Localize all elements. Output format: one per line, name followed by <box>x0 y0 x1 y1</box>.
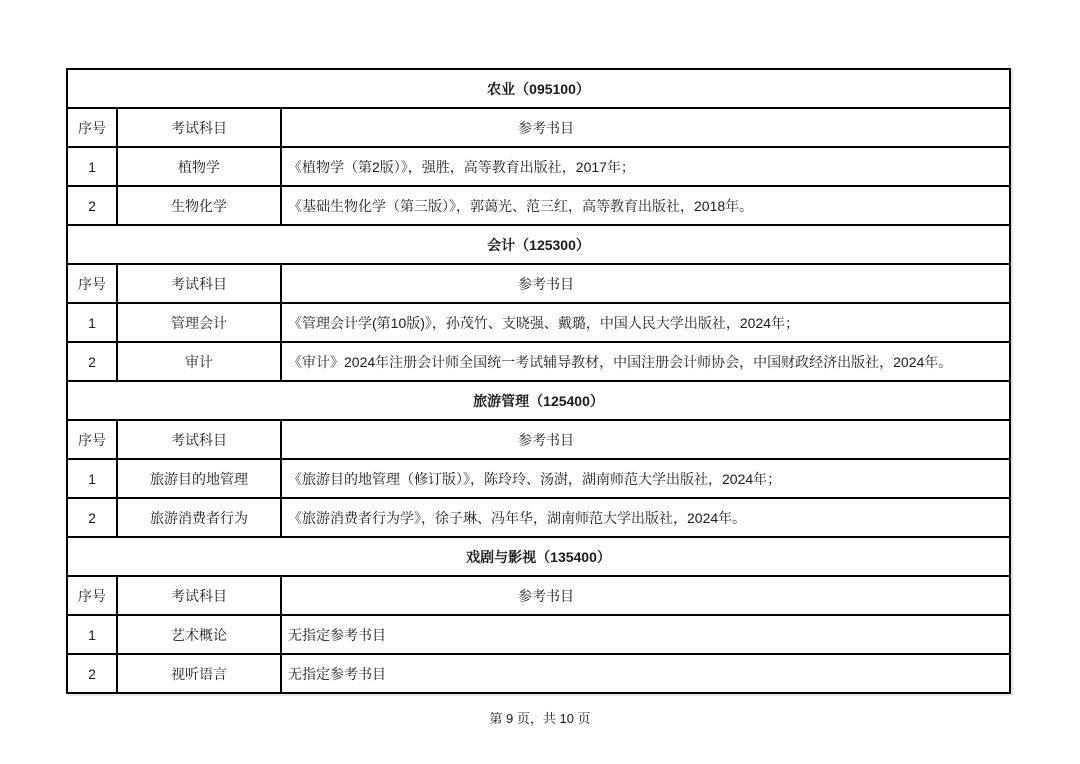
col-header-reference-books: 参考书目 <box>281 108 1010 147</box>
page-number-footer: 第 9 页，共 10 页 <box>0 708 1080 727</box>
table-row: 1植物学《植物学（第2版）》，强胜，高等教育出版社，2017年； <box>67 147 1010 186</box>
column-header-row: 序号考试科目参考书目 <box>67 108 1010 147</box>
col-header-exam-subject: 考试科目 <box>117 264 281 303</box>
reference-books-cell: 无指定参考书目 <box>281 615 1010 654</box>
col-header-exam-subject: 考试科目 <box>117 576 281 615</box>
reference-books-cell: 《旅游目的地管理（修订版）》，陈玲玲、汤澍，湖南师范大学出版社，2024年； <box>281 459 1010 498</box>
table-row: 1旅游目的地管理《旅游目的地管理（修订版）》，陈玲玲、汤澍，湖南师范大学出版社，… <box>67 459 1010 498</box>
table-row: 1管理会计《管理会计学(第10版)》，孙茂竹、支晓强、戴璐，中国人民大学出版社，… <box>67 303 1010 342</box>
col-header-number: 序号 <box>67 576 117 615</box>
exam-subject-cell: 审计 <box>117 342 281 381</box>
row-number-cell: 2 <box>67 498 117 537</box>
exam-subject-cell: 艺术概论 <box>117 615 281 654</box>
reference-books-cell: 《基础生物化学（第三版）》，郭蔼光、范三红，高等教育出版社，2018年。 <box>281 186 1010 225</box>
row-number-cell: 1 <box>67 147 117 186</box>
column-header-row: 序号考试科目参考书目 <box>67 576 1010 615</box>
column-header-row: 序号考试科目参考书目 <box>67 264 1010 303</box>
col-header-reference-books: 参考书目 <box>281 420 1010 459</box>
exam-subject-cell: 视听语言 <box>117 654 281 693</box>
col-header-exam-subject: 考试科目 <box>117 420 281 459</box>
row-number-cell: 1 <box>67 615 117 654</box>
section-title-row: 旅游管理（125400） <box>67 381 1010 420</box>
section-title-row: 戏剧与影视（135400） <box>67 537 1010 576</box>
row-number-cell: 2 <box>67 342 117 381</box>
table-row: 2审计《审计》2024年注册会计师全国统一考试辅导教材，中国注册会计师协会，中国… <box>67 342 1010 381</box>
col-header-exam-subject: 考试科目 <box>117 108 281 147</box>
row-number-cell: 2 <box>67 186 117 225</box>
reference-books-cell: 《审计》2024年注册会计师全国统一考试辅导教材，中国注册会计师协会，中国财政经… <box>281 342 1010 381</box>
col-header-number: 序号 <box>67 264 117 303</box>
section-title: 旅游管理（125400） <box>67 381 1010 420</box>
table-row: 2旅游消费者行为《旅游消费者行为学》，徐子琳、冯年华，湖南师范大学出版社，202… <box>67 498 1010 537</box>
section-title: 戏剧与影视（135400） <box>67 537 1010 576</box>
reference-books-table-body: 农业（095100）序号考试科目参考书目1植物学《植物学（第2版）》，强胜，高等… <box>67 69 1010 693</box>
table-row: 1艺术概论无指定参考书目 <box>67 615 1010 654</box>
table-row: 2视听语言无指定参考书目 <box>67 654 1010 693</box>
section-title-row: 农业（095100） <box>67 69 1010 108</box>
table-row: 2生物化学《基础生物化学（第三版）》，郭蔼光、范三红，高等教育出版社，2018年… <box>67 186 1010 225</box>
col-header-number: 序号 <box>67 420 117 459</box>
exam-subject-cell: 管理会计 <box>117 303 281 342</box>
reference-books-cell: 《管理会计学(第10版)》，孙茂竹、支晓强、戴璐，中国人民大学出版社，2024年… <box>281 303 1010 342</box>
exam-subject-cell: 旅游目的地管理 <box>117 459 281 498</box>
column-header-row: 序号考试科目参考书目 <box>67 420 1010 459</box>
col-header-reference-books: 参考书目 <box>281 264 1010 303</box>
section-title-row: 会计（125300） <box>67 225 1010 264</box>
reference-books-cell: 《旅游消费者行为学》，徐子琳、冯年华，湖南师范大学出版社，2024年。 <box>281 498 1010 537</box>
reference-books-cell: 无指定参考书目 <box>281 654 1010 693</box>
section-title: 会计（125300） <box>67 225 1010 264</box>
reference-books-cell: 《植物学（第2版）》，强胜，高等教育出版社，2017年； <box>281 147 1010 186</box>
section-title: 农业（095100） <box>67 69 1010 108</box>
col-header-number: 序号 <box>67 108 117 147</box>
col-header-reference-books: 参考书目 <box>281 576 1010 615</box>
document-page: 农业（095100）序号考试科目参考书目1植物学《植物学（第2版）》，强胜，高等… <box>0 0 1080 764</box>
row-number-cell: 1 <box>67 459 117 498</box>
exam-subject-cell: 生物化学 <box>117 186 281 225</box>
exam-subject-cell: 植物学 <box>117 147 281 186</box>
exam-subject-cell: 旅游消费者行为 <box>117 498 281 537</box>
reference-books-table: 农业（095100）序号考试科目参考书目1植物学《植物学（第2版）》，强胜，高等… <box>66 68 1011 694</box>
row-number-cell: 1 <box>67 303 117 342</box>
row-number-cell: 2 <box>67 654 117 693</box>
